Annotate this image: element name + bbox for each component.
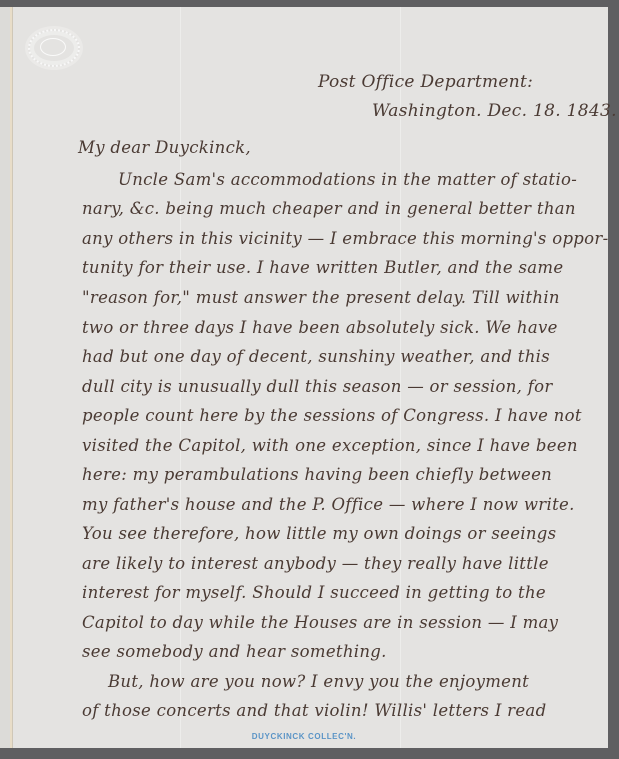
letterhead-department: Post Office Department: — [318, 72, 533, 92]
letter-line: interest for myself. Should I succeed in… — [82, 583, 546, 602]
letter-line: nary, &c. being much cheaper and in gene… — [82, 199, 576, 218]
letter-line: But, how are you now? I envy you the enj… — [108, 672, 529, 691]
letter-line: see somebody and hear something. — [82, 642, 387, 661]
letter-line: Uncle Sam's accommodations in the matter… — [118, 170, 577, 189]
letter-line: You see therefore, how little my own doi… — [82, 524, 556, 543]
binding-edge-line — [10, 7, 13, 748]
letter-line: Capitol to day while the Houses are in s… — [82, 613, 558, 632]
binding-margin — [0, 7, 10, 748]
salutation: My dear Duyckinck, — [78, 138, 251, 157]
letter-line: dull city is unusually dull this season … — [82, 377, 553, 396]
collection-stamp: DUYCKINCK COLLEC'N. — [0, 732, 608, 741]
letter-line: of those concerts and that violin! Willi… — [82, 701, 546, 720]
letter-line: here: my perambulations having been chie… — [82, 465, 552, 484]
embossed-seal-center — [40, 38, 66, 56]
letter-line: people count here by the sessions of Con… — [82, 406, 582, 425]
embossed-seal-icon — [28, 29, 80, 67]
letter-line: had but one day of decent, sunshiny weat… — [82, 347, 550, 366]
letter-line: "reason for," must answer the present de… — [82, 288, 560, 307]
letter-line: are likely to interest anybody — they re… — [82, 554, 549, 573]
scan-frame: Post Office Department: Washington. Dec.… — [0, 0, 619, 759]
letter-line: two or three days I have been absolutely… — [82, 318, 558, 337]
letter-line: tunity for their use. I have written But… — [82, 258, 563, 277]
letter-line: visited the Capitol, with one exception,… — [82, 436, 578, 455]
letter-page: Post Office Department: Washington. Dec.… — [0, 7, 608, 748]
letter-line: my father's house and the P. Office — wh… — [82, 495, 575, 514]
letter-line: any others in this vicinity — I embrace … — [82, 229, 608, 248]
letter-date: Washington. Dec. 18. 1843. — [372, 101, 617, 121]
